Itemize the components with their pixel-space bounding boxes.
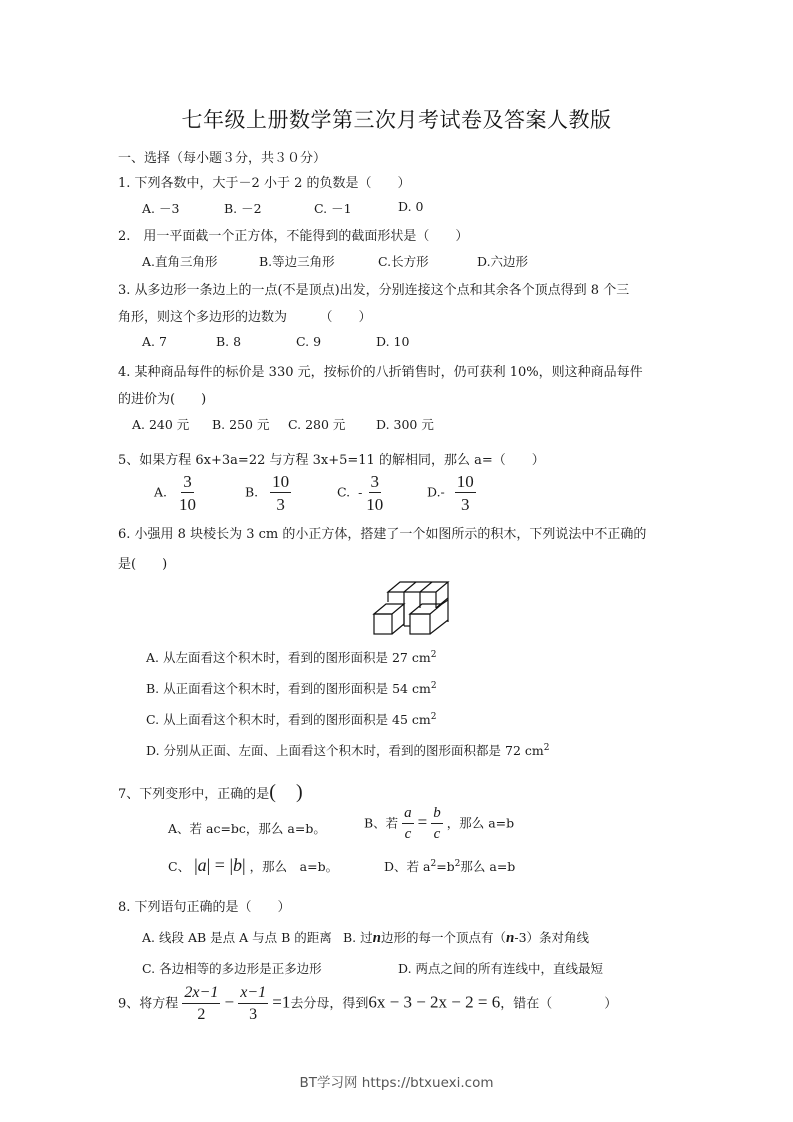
option-label: B. <box>245 485 258 500</box>
question-6-option-b: B. 从正面看这个积木时，看到的图形面积是 54 cm2 <box>146 679 437 697</box>
question-7-stem: 7、下列变形中，正确的是( ) <box>118 775 303 804</box>
question-2-option-c: C.长方形 <box>378 252 429 270</box>
question-6-option-c: C. 从上面看这个积木时，看到的图形面积是 45 cm2 <box>146 710 437 728</box>
question-5-option-b: B. 10 3 <box>245 473 291 513</box>
answer-paren: ( ) <box>269 781 302 803</box>
option-label: D.- <box>427 485 445 500</box>
question-1-option-d: D. 0 <box>398 199 423 214</box>
question-4-option-b: B. 250 元 <box>212 415 269 433</box>
fraction: b c <box>431 806 443 842</box>
section-heading: 一、选择（每小题３分，共３０分） <box>118 147 326 166</box>
question-4-option-c: C. 280 元 <box>288 415 345 433</box>
question-2-stem: 2. 用一平面截一个正方体，不能得到的截面形状是（ ） <box>118 225 468 244</box>
page-title: 七年级上册数学第三次月考试卷及答案人教版 <box>0 104 793 134</box>
question-5-option-d: D.- 10 3 <box>427 473 476 513</box>
question-5-option-c: C. - 3 10 <box>337 473 383 513</box>
question-6-stem-line1: 6. 小强用 8 块棱长为 3 cm 的小正方体，搭建了一个如图所示的积木，下列… <box>118 523 646 542</box>
question-6-stem-line2: 是( ) <box>118 553 167 572</box>
question-5-option-a: A. 3 10 <box>154 473 196 513</box>
footer-watermark: BT学习网 https://btxuexi.com <box>0 1071 793 1091</box>
option-label: C. <box>337 485 350 500</box>
question-3-option-b: B. 8 <box>216 334 241 349</box>
question-3-option-c: C. 9 <box>296 334 321 349</box>
cube-stack-figure <box>368 578 458 638</box>
question-7-option-c: C、 |a| = |b| ，那么 a=b。 <box>168 855 338 876</box>
question-1-option-c: C. －1 <box>314 199 352 217</box>
question-5-stem: 5、如果方程 6x+3a=22 与方程 3x+5=11 的解相同，那么 a=（ … <box>118 449 545 468</box>
question-2-option-d: D.六边形 <box>477 252 528 270</box>
question-8-option-a: A. 线段 AB 是点 A 与点 B 的距离 <box>142 928 332 946</box>
question-1-option-b: B. －2 <box>224 199 262 217</box>
question-3-stem-line1: 3. 从多边形一条边上的一点(不是顶点)出发，分别连接这个点和其余各个顶点得到 … <box>118 279 629 298</box>
absolute-value-expression: |a| = |b| <box>194 855 246 875</box>
question-3-option-d: D. 10 <box>376 334 409 349</box>
question-7-option-b: B、若 a c = b c ，那么 a=b <box>364 806 514 842</box>
question-4-stem-line1: 4. 某种商品每件的标价是 330 元，按标价的八折销售时，仍可获利 10%，则… <box>118 361 643 380</box>
question-8-option-c: C. 各边相等的多边形是正多边形 <box>142 959 322 977</box>
question-4-stem-line2: 的进价为( ) <box>118 388 206 407</box>
fraction: 3 10 <box>179 473 196 513</box>
option-label: A. <box>154 485 167 500</box>
question-8-option-d: D. 两点之间的所有连线中，直线最短 <box>398 959 603 977</box>
question-3-stem-line2: 角形，则这个多边形的边数为 （ ） <box>118 306 372 325</box>
question-7-option-a: A、若 ac=bc，那么 a=b。 <box>168 819 326 837</box>
question-8-stem: 8. 下列语句正确的是（ ） <box>118 896 291 915</box>
fraction: x−1 3 <box>238 985 268 1023</box>
question-1-option-a: A. －3 <box>142 199 179 217</box>
fraction: 10 3 <box>455 473 476 513</box>
fraction: 3 10 <box>366 473 383 513</box>
question-7-option-d: D、若 a2=b2那么 a=b <box>384 857 515 875</box>
question-8-option-b: B. 过n边形的每一个顶点有（n-3）条对角线 <box>343 928 589 947</box>
fraction: 10 3 <box>270 473 291 513</box>
question-9-stem: 9、将方程 2x−1 2 − x−1 3 =1去分母，得到6x − 3 − 2x… <box>118 985 617 1023</box>
question-6-option-d: D. 分别从正面、左面、上面看这个积木时，看到的图形面积都是 72 cm2 <box>146 741 549 759</box>
question-3-option-a: A. 7 <box>142 334 167 349</box>
question-1-stem: 1. 下列各数中，大于－2 小于 2 的负数是（ ） <box>118 172 410 191</box>
question-2-option-a: A.直角三角形 <box>142 252 218 270</box>
question-2-option-b: B.等边三角形 <box>259 252 335 270</box>
question-4-option-d: D. 300 元 <box>376 415 434 433</box>
question-4-option-a: A. 240 元 <box>132 415 189 433</box>
fraction: a c <box>402 806 414 842</box>
fraction: 2x−1 2 <box>182 985 220 1023</box>
question-6-option-a: A. 从左面看这个积木时，看到的图形面积是 27 cm2 <box>146 648 436 666</box>
